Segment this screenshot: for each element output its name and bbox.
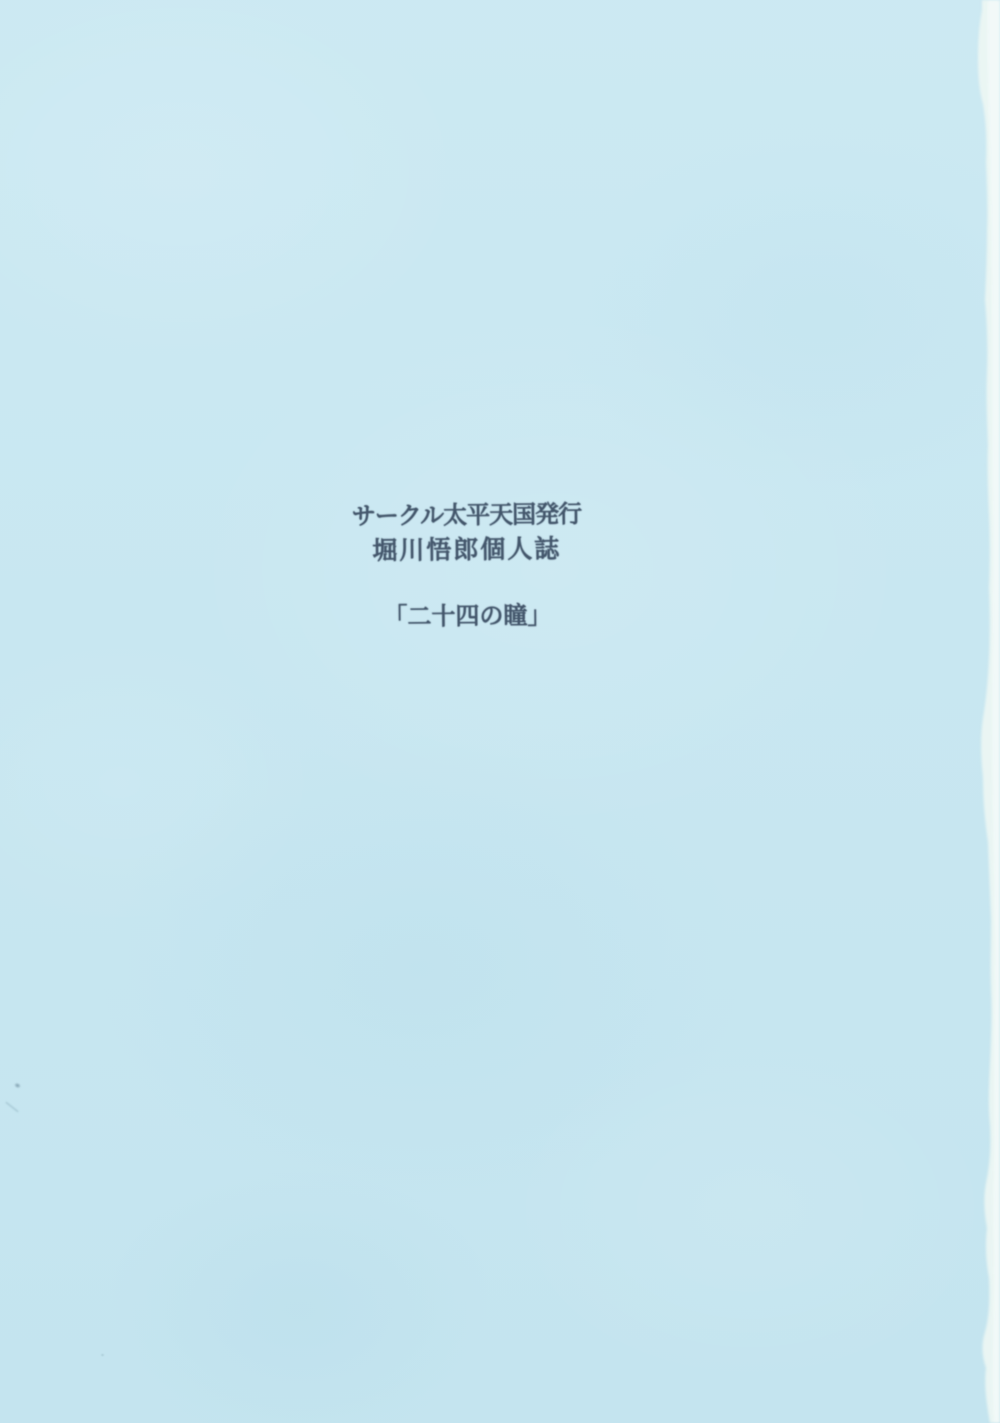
credit-text-block: サークル太平天国発行 堀川悟郎個人誌 「二十四の瞳」 xyxy=(0,0,942,1423)
torn-paper-edge xyxy=(966,0,1000,1423)
circle-publisher-line: サークル太平天国発行 xyxy=(0,499,934,534)
author-personal-zine-line: 堀川悟郎個人誌 xyxy=(0,533,934,569)
scanned-page: サークル太平天国発行 堀川悟郎個人誌 「二十四の瞳」 xyxy=(0,0,1000,1423)
book-title-line: 「二十四の瞳」 xyxy=(0,600,934,635)
